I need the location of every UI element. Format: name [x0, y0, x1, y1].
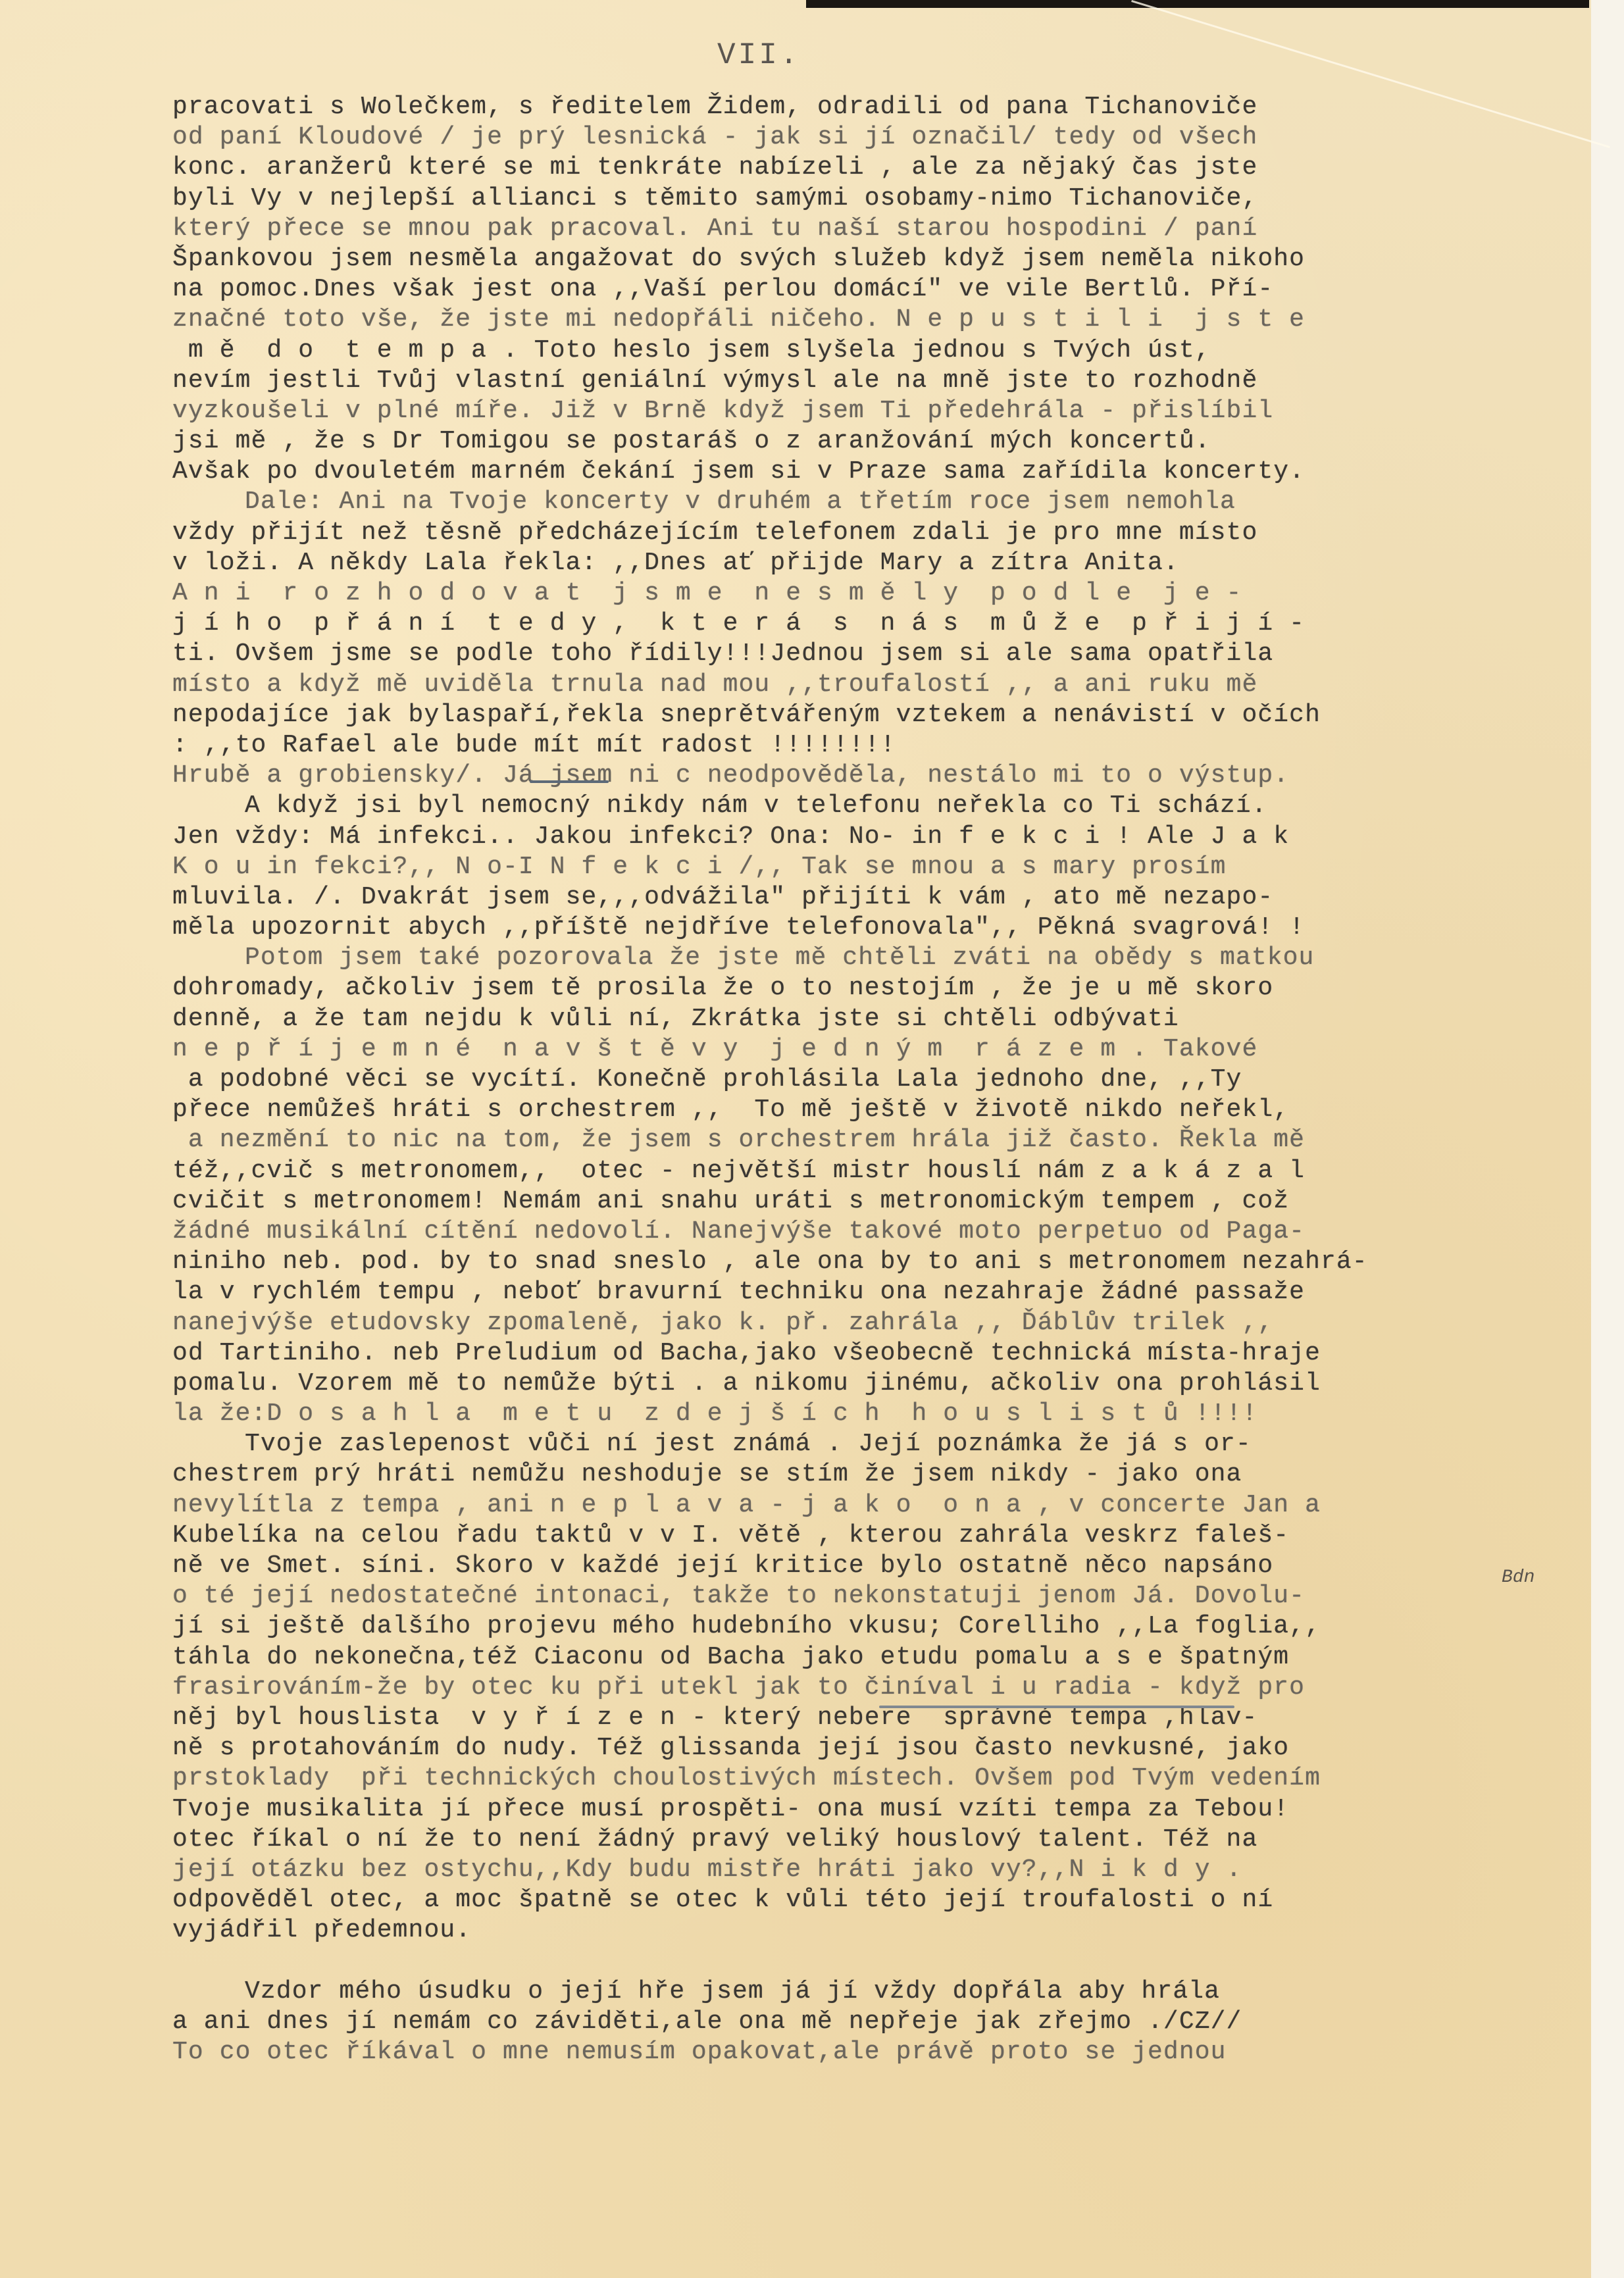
- text-line: odpověděl otec, a moc špatně se otec k v…: [172, 1885, 1607, 1915]
- text-line: ti. Ovšem jsme se podle toho řídily!!!Je…: [172, 639, 1607, 669]
- scan-shadow: [806, 0, 1589, 8]
- text-line: [172, 1946, 1607, 1976]
- text-line: táhla do nekonečna,též Ciaconu od Bacha …: [172, 1642, 1607, 1673]
- ink-underline-bude: [530, 780, 609, 783]
- typewritten-body: pracovati s Wolečkem, s ředitelem Židem,…: [172, 92, 1607, 2067]
- text-line: měla upozornit abych ,,příště nejdříve t…: [172, 913, 1607, 943]
- text-line: její otázku bez ostychu,,Kdy budu mistře…: [172, 1855, 1607, 1885]
- text-line: : ,,to Rafael ale bude mít mít radost !!…: [172, 730, 1607, 761]
- text-line: vždy přijít než těsně předcházejícím tel…: [172, 518, 1607, 548]
- text-line: Kubelíka na celou řadu taktů v v I. větě…: [172, 1521, 1607, 1551]
- text-line: od Tartiniho. neb Preludium od Bacha,jak…: [172, 1338, 1607, 1369]
- text-line: konc. aranžerů které se mi tenkráte nabí…: [172, 153, 1607, 183]
- text-line: A n i r o z h o d o v a t j s m e n e s …: [172, 578, 1607, 609]
- text-line: A když jsi byl nemocný nikdy nám v telef…: [172, 791, 1607, 821]
- text-line: a podobné věci se vycítí. Konečně prohlá…: [172, 1065, 1607, 1095]
- text-line: Potom jsem také pozorovala že jste mě ch…: [172, 943, 1607, 973]
- text-line: v loži. A někdy Lala řekla: ,,Dnes ať př…: [172, 548, 1607, 578]
- text-line: Jen vždy: Má infekci.. Jakou infekci? On…: [172, 822, 1607, 852]
- text-line: chestrem prý hráti nemůžu neshoduje se s…: [172, 1459, 1607, 1490]
- text-line: a ani dnes jí nemám co záviděti,ale ona …: [172, 2007, 1607, 2037]
- page-number: VII.: [717, 38, 800, 72]
- text-line: frasirováním-že by otec ku při utekl jak…: [172, 1673, 1607, 1703]
- text-line: To co otec říkával o mne nemusím opakova…: [172, 2037, 1607, 2067]
- text-line: denně, a že tam nejdu k vůli ní, Zkrátka…: [172, 1004, 1607, 1034]
- text-line: byli Vy v nejlepší allianci s těmito sam…: [172, 184, 1607, 214]
- text-line: o té její nedostatečné intonaci, takže t…: [172, 1581, 1607, 1611]
- text-line: pomalu. Vzorem mě to nemůže býti . a nik…: [172, 1369, 1607, 1399]
- text-line: který přece se mnou pak pracoval. Ani tu…: [172, 214, 1607, 244]
- text-line: ně s protahováním do nudy. Též glissanda…: [172, 1733, 1607, 1763]
- text-line: Špankovou jsem nesměla angažovat do svýc…: [172, 244, 1607, 274]
- text-line: přece nemůžeš hráti s orchestrem ,, To m…: [172, 1095, 1607, 1125]
- text-line: m ě d o t e m p a . Toto heslo jsem slyš…: [172, 336, 1607, 366]
- text-line: jsi mě , že s Dr Tomigou se postaráš o z…: [172, 426, 1607, 457]
- text-line: též,,cvič s metronomem,, otec - největší…: [172, 1156, 1607, 1186]
- text-line: Dale: Ani na Tvoje koncerty v druhém a t…: [172, 487, 1607, 517]
- text-line: Hrubě a grobiensky/. Já jsem ni c neodpo…: [172, 761, 1607, 791]
- text-line: Vzdor mého úsudku o její hře jsem já jí …: [172, 1977, 1607, 2007]
- text-line: na pomoc.Dnes však jest ona ,,Vaší perlo…: [172, 274, 1607, 305]
- text-line: nepodajíce jak bylaspaří,řekla sneprětvá…: [172, 700, 1607, 730]
- text-line: la že:D o s a h l a m e t u z d e j š í …: [172, 1399, 1607, 1429]
- text-line: nevím jestli Tvůj vlastní geniální výmys…: [172, 366, 1607, 396]
- text-line: n e p ř í j e m n é n a v š t ě v y j e …: [172, 1034, 1607, 1065]
- text-line: místo a když mě uviděla trnula nad mou ,…: [172, 670, 1607, 700]
- text-line: la v rychlém tempu , neboť bravurní tech…: [172, 1277, 1607, 1307]
- text-line: značné toto vše, že jste mi nedopřáli ni…: [172, 305, 1607, 335]
- text-line: j í h o p ř á n í t e d y , k t e r á s …: [172, 609, 1607, 639]
- text-line: vyjádřil předemnou.: [172, 1915, 1607, 1946]
- text-line: K o u in fekci?,, N o-I N f e k c i /,, …: [172, 852, 1607, 882]
- text-line: nanejvýše etudovsky zpomaleně, jako k. p…: [172, 1308, 1607, 1338]
- text-line: otec říkal o ní že to není žádný pravý v…: [172, 1825, 1607, 1855]
- text-line: od paní Kloudové / je prý lesnická - jak…: [172, 122, 1607, 153]
- text-line: vyzkoušeli v plné míře. Již v Brně když …: [172, 396, 1607, 426]
- text-line: Tvoje musikalita jí přece musí prospěti-…: [172, 1794, 1607, 1825]
- ink-underline-ktery-nebere: [879, 1706, 1234, 1708]
- text-line: Tvoje zaslepenost vůči ní jest známá . J…: [172, 1429, 1607, 1459]
- handwritten-annotation-bdn: Bdn: [1502, 1567, 1535, 1588]
- text-line: nevylítla z tempa , ani n e p l a v a - …: [172, 1490, 1607, 1521]
- text-line: ně ve Smet. síni. Skoro v každé její kri…: [172, 1551, 1607, 1581]
- text-line: Avšak po dvouletém marném čekání jsem si…: [172, 457, 1607, 487]
- text-line: jí si ještě dalšího projevu mého hudební…: [172, 1611, 1607, 1642]
- text-line: mluvila. /. Dvakrát jsem se,,,odvážila" …: [172, 882, 1607, 913]
- text-line: dohromady, ačkoliv jsem tě prosila že o …: [172, 973, 1607, 1003]
- text-line: niniho neb. pod. by to snad sneslo , ale…: [172, 1247, 1607, 1277]
- text-line: pracovati s Wolečkem, s ředitelem Židem,…: [172, 92, 1607, 122]
- text-line: prstoklady při technických choulostivých…: [172, 1763, 1607, 1794]
- text-line: cvičit s metronomem! Nemám ani snahu urá…: [172, 1186, 1607, 1217]
- text-line: a nezmění to nic na tom, že jsem s orche…: [172, 1125, 1607, 1155]
- text-line: žádné musikální cítění nedovolí. Nanejvý…: [172, 1217, 1607, 1247]
